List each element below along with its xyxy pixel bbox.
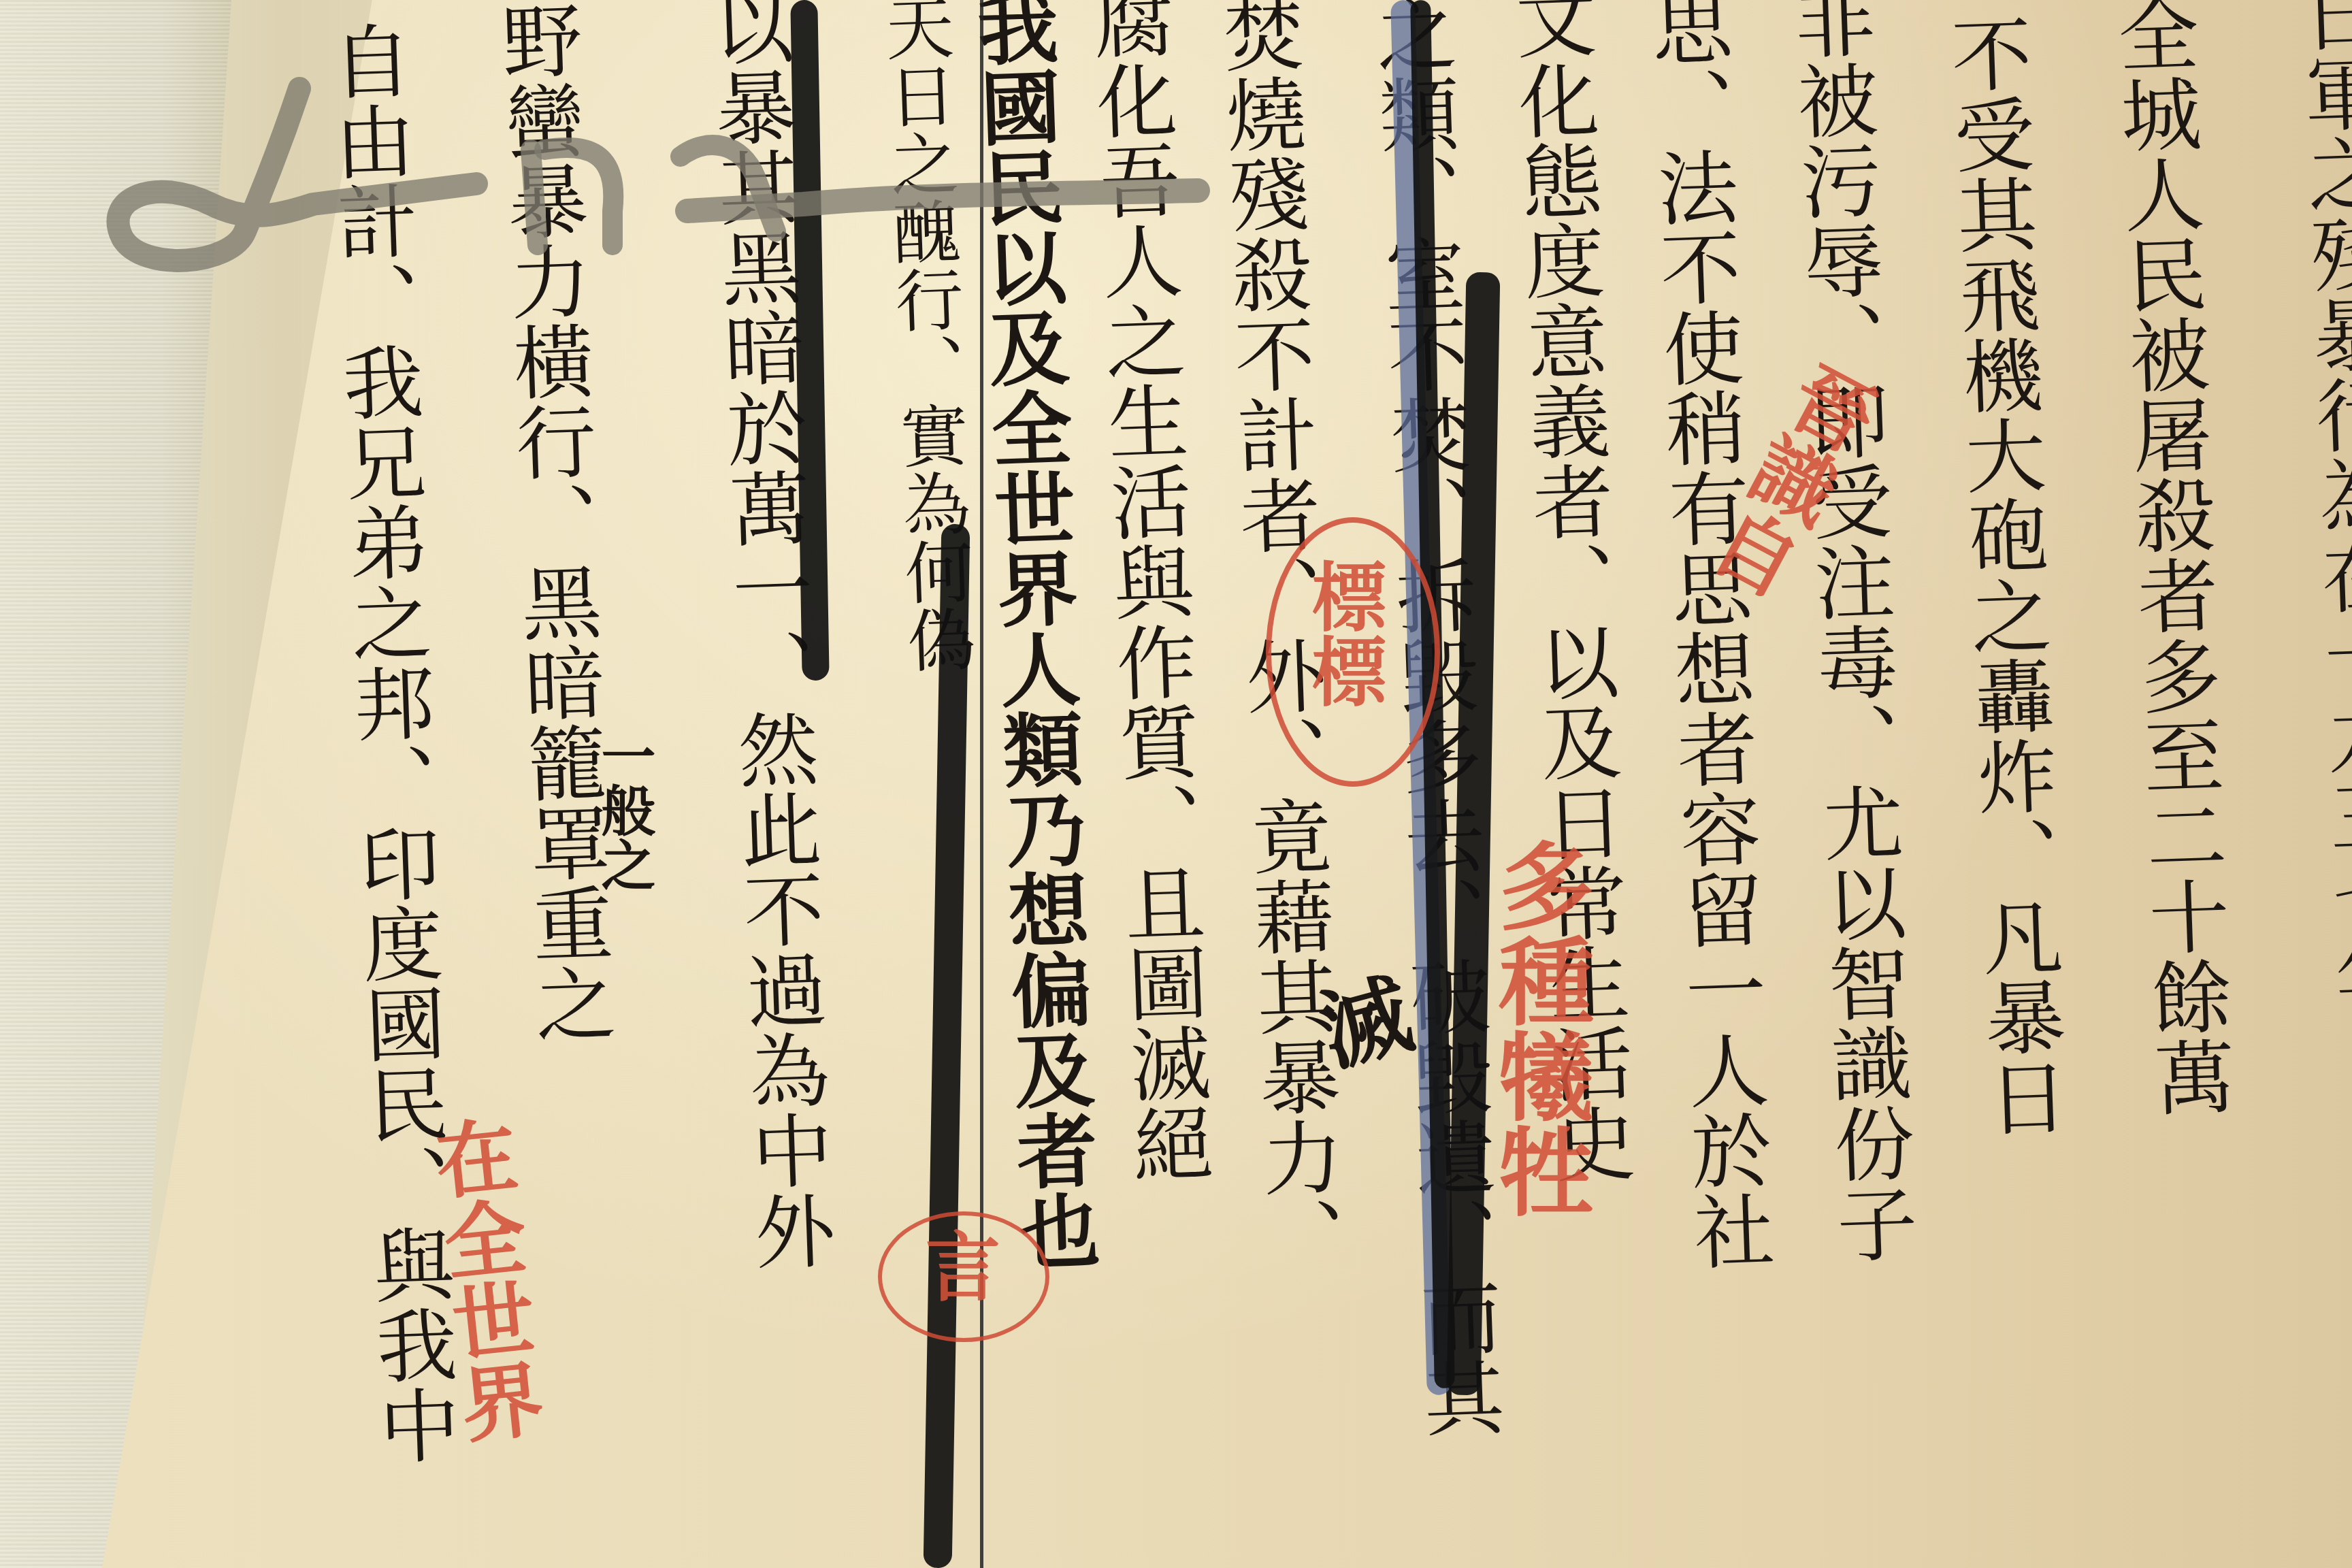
red-annotation-3: 多種犧牲 [1484, 837, 1593, 1218]
photo-scene: 日軍之殘暴行為在一九三七年 全城人民被屠殺者多至二十餘萬 不受其飛機大砲之轟炸、… [0, 0, 2352, 1568]
red-annotation-2: 標標 [1300, 558, 1386, 708]
ink-insertion-2: 一般之 [585, 728, 664, 904]
red-annotation-4: 言 [926, 1225, 1000, 1311]
